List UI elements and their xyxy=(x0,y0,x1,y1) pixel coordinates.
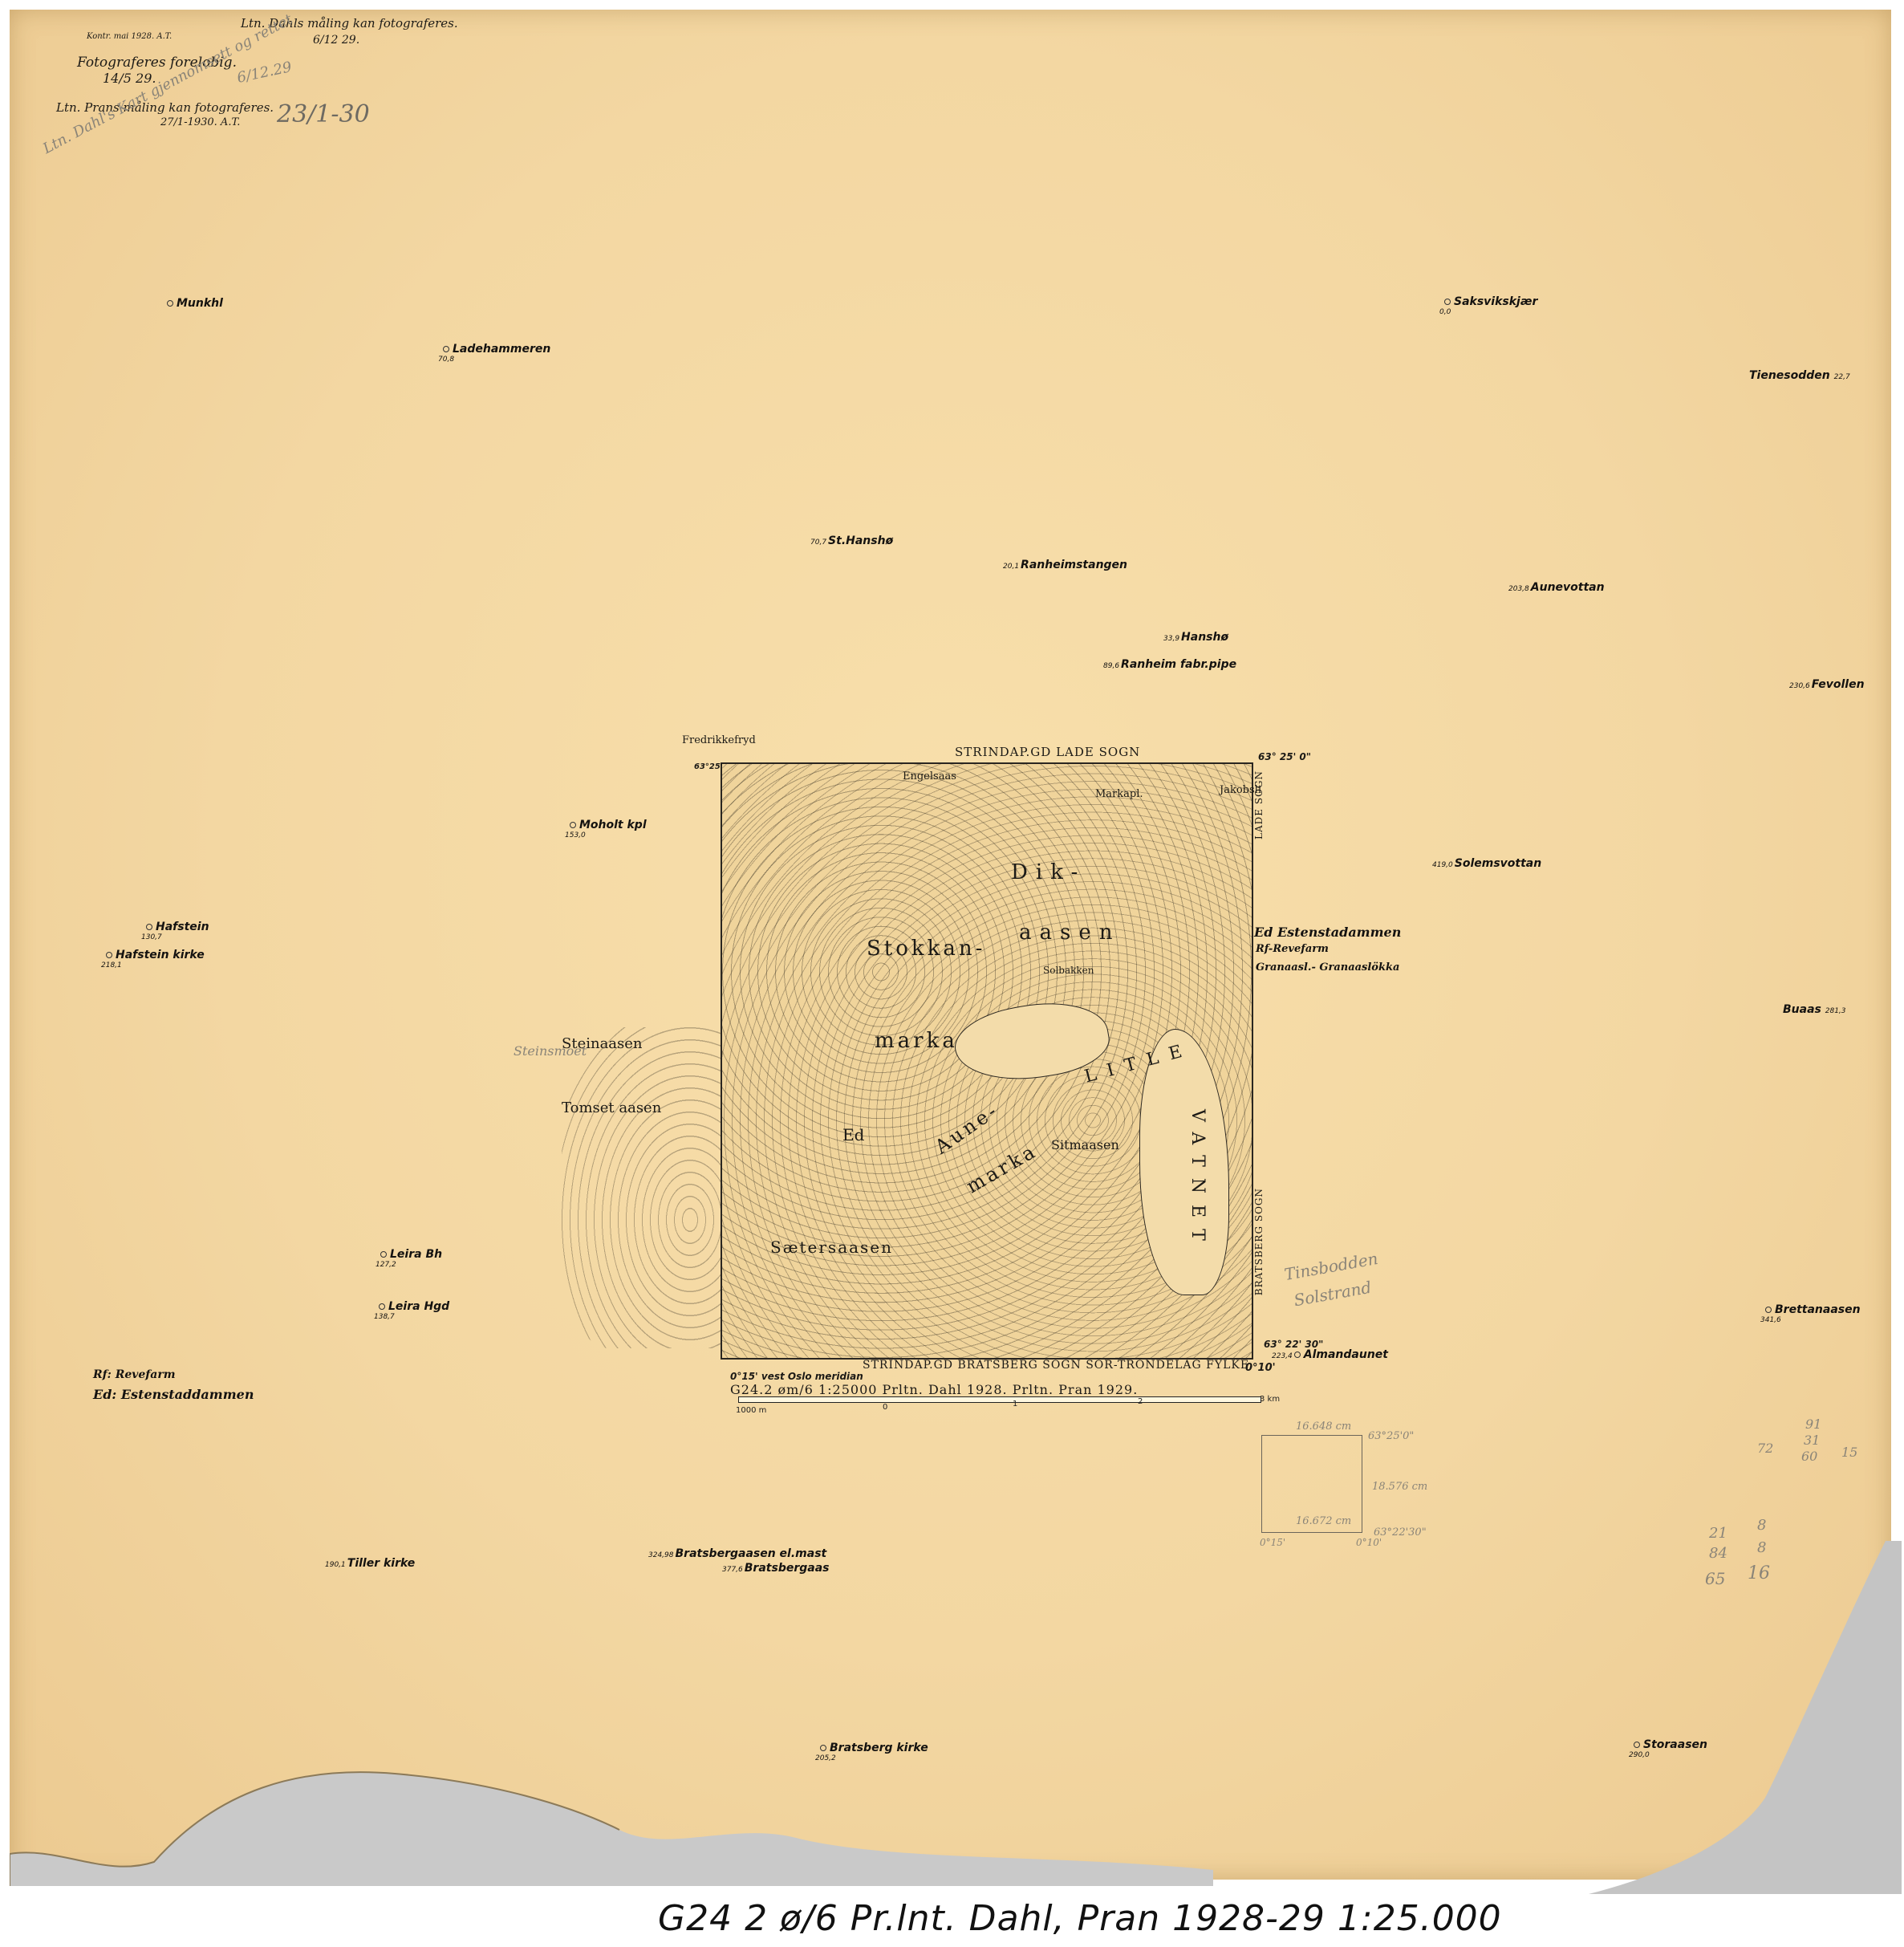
trig-point-icon xyxy=(379,1303,385,1310)
dim-bottom: 16.672 cm xyxy=(1296,1515,1351,1527)
map-top-border-label: STRINDAP.GD LADE SOGN xyxy=(955,745,1140,759)
archive-caption: G24 2 ø/6 Pr.lnt. Dahl, Pran 1928-29 1:2… xyxy=(658,1898,1502,1939)
map-right-border-bottom: BRATSBERG SOGN xyxy=(1253,1188,1265,1295)
torn-edge-bottom xyxy=(10,1758,1213,1886)
dim-s: 0°10' xyxy=(1356,1537,1382,1548)
trig-point-icon xyxy=(167,300,173,307)
map-bottom-border-label: STRINDAP.GD BRATSBERG SOGN SÖR-TRÖNDELAG… xyxy=(863,1359,1249,1372)
sum-a-3: 60 xyxy=(1801,1449,1817,1464)
legend-right-granaasl: Granaasl.- Granaaslökka xyxy=(1256,961,1399,973)
place-munkhl: Munkhl xyxy=(167,297,223,310)
place-aunevottan-label: 203,8Aunevottan xyxy=(1508,581,1605,594)
trig-point-icon xyxy=(1294,1352,1301,1358)
sum-b-6: 16 xyxy=(1748,1563,1770,1583)
map-label-solbakken: Solbakken xyxy=(1043,965,1094,976)
trig-point-icon xyxy=(570,822,576,828)
map-label-rotvollsaune: Fredrikkefryd xyxy=(682,734,756,746)
place-bratsbergaas: 377,6Bratsbergaas xyxy=(722,1562,829,1575)
place-st-hansho: 70,7St.Hanshø xyxy=(810,535,893,547)
dim-right: 18.576 cm xyxy=(1372,1481,1427,1493)
place-ranheim-fabr-pipe: 89,6Ranheim fabr.pipe xyxy=(1103,658,1236,671)
pencil-note-big: 23/1-30 xyxy=(277,100,370,128)
place-brettanaasen: Brettanaasen341,6 xyxy=(1765,1303,1861,1324)
place-bratsberg-kirke: Bratsberg kirke205,2 xyxy=(820,1742,928,1762)
map-label-fredrikkefryd: Engelsaas xyxy=(903,770,956,782)
map-right-border-top: LADE SOGN xyxy=(1253,770,1265,839)
torn-edge-right xyxy=(1557,1525,1902,1894)
map-label-aune-marka: marka xyxy=(963,1140,1041,1198)
legend-left-rf: Rf: Revefarm xyxy=(93,1368,176,1381)
sum-a-2: 31 xyxy=(1804,1433,1820,1448)
map-label-marka: marka xyxy=(875,1029,958,1053)
scale-tick-0: 0 xyxy=(883,1403,887,1412)
sum-a-1: 91 xyxy=(1805,1417,1821,1432)
place-ranheimstangen: 20,1Ranheimstangen xyxy=(1003,559,1127,571)
map-label-tomset-aasen: Tomset aasen xyxy=(562,1100,661,1116)
note-dahls-date: 6/12 29. xyxy=(313,34,359,47)
map-overflow-terrain xyxy=(562,1027,722,1348)
pencil-label-steinsmoet: Steinsmoet xyxy=(514,1043,587,1059)
place-tienesodden: Tienesodden 22,7 xyxy=(1749,369,1852,382)
map-label-saetersaasen: Sætersaasen xyxy=(770,1238,893,1257)
legend-right-ed: Ed Estenstadammen xyxy=(1254,925,1401,940)
sum-b-2: 8 xyxy=(1757,1517,1766,1534)
place-saksvikskjaer: Saksvikskjær0,0 xyxy=(1444,295,1537,316)
trig-point-icon xyxy=(380,1251,387,1258)
trig-point-icon xyxy=(1444,299,1451,305)
note-prans-date: 27/1-1930. A.T. xyxy=(160,116,240,128)
map-label-vatnet: VATNET xyxy=(1187,1109,1208,1252)
legend-right-rf: Rf-Revefarm xyxy=(1256,943,1329,955)
place-bratsbergaasen-el-mast: 324,98Bratsbergaasen el.mast xyxy=(648,1547,826,1560)
place-buaas: Buaas 281,3 xyxy=(1783,1003,1848,1016)
place-hafstein-kirke: Hafstein kirke218,1 xyxy=(106,949,205,969)
scale-tick-1: 1 xyxy=(1013,1400,1017,1408)
trig-point-icon xyxy=(106,952,112,958)
trig-point-icon xyxy=(146,924,152,930)
sum-b-5: 65 xyxy=(1705,1569,1725,1588)
trig-point-icon xyxy=(1634,1742,1640,1748)
note-fotograferes-date: 14/5 29. xyxy=(103,71,156,86)
map-label-aasen: aasen xyxy=(1019,921,1120,945)
note-prans-maling: Ltn. Prans måling kan fotograferes. xyxy=(56,100,274,115)
scale-label-1000m: 1000 m xyxy=(736,1406,766,1415)
map-label-sitmaasen: Sitmaasen xyxy=(1051,1137,1119,1152)
map-label-dik: Dik- xyxy=(1011,860,1086,884)
corner-ne-coord: 63° 25' 0" xyxy=(1258,751,1311,762)
sum-b-3: 84 xyxy=(1709,1545,1727,1562)
map-label-aune: Aune- xyxy=(931,1099,1003,1159)
corner-se-lon: 0°10' xyxy=(1245,1362,1276,1374)
trig-point-icon xyxy=(443,346,449,352)
dim-ne: 63°25'0" xyxy=(1368,1430,1414,1442)
topographic-map: Stokkan- marka Dik- aasen Aune- marka Ed… xyxy=(721,762,1253,1360)
dim-top: 16.648 cm xyxy=(1296,1421,1351,1433)
trig-point-icon xyxy=(1765,1307,1772,1313)
scale-bar xyxy=(738,1396,1261,1403)
place-leira-hgd: Leira Hgd138,7 xyxy=(379,1300,449,1321)
place-solemsvottan: 419,0Solemsvottan xyxy=(1432,857,1541,870)
place-moholt-kpl: Moholt kpl153,0 xyxy=(570,819,647,839)
note-kontr: Kontr. mai 1928. A.T. xyxy=(87,32,172,41)
place-ladehammeren: Ladehammeren70,8 xyxy=(443,343,550,364)
corner-se-coord: 63° 22' 30" xyxy=(1264,1339,1323,1350)
map-label-ed: Ed xyxy=(842,1125,864,1144)
sum-a-5: 15 xyxy=(1841,1445,1857,1460)
sum-b-4: 8 xyxy=(1757,1539,1766,1556)
place-storaasen: Storaasen290,0 xyxy=(1634,1738,1707,1759)
sum-a-4: 72 xyxy=(1757,1441,1773,1456)
dim-sw: 0°15' xyxy=(1260,1537,1285,1548)
place-hafstein: Hafstein130,7 xyxy=(146,921,209,941)
place-fevollen: 230,6Fevollen xyxy=(1789,678,1865,691)
place-hansho: 33,9Hanshø xyxy=(1163,631,1228,644)
sum-b-1: 21 xyxy=(1709,1525,1727,1542)
place-almandaunet: 223,4Almandaunet xyxy=(1272,1348,1388,1361)
corner-nw-coord: 63°25' xyxy=(694,762,723,771)
scale-tick-2: 2 xyxy=(1138,1397,1143,1406)
trig-point-icon xyxy=(820,1745,826,1751)
place-leira-bh: Leira Bh127,2 xyxy=(380,1248,442,1269)
map-label-markapl: Markapl. xyxy=(1095,788,1143,800)
meridian-note: 0°15' vest Oslo meridian xyxy=(730,1371,863,1382)
legend-left-ed: Ed: Estenstaddammen xyxy=(93,1387,254,1402)
place-tiller-kirke: 190,1Tiller kirke xyxy=(325,1557,415,1570)
sheet-id-line: G24.2 øm/6 1:25000 Prltn. Dahl 1928. Prl… xyxy=(730,1382,1138,1397)
scale-tick-3km: 3 km xyxy=(1260,1395,1280,1404)
map-label-stokkan: Stokkan- xyxy=(867,937,985,961)
